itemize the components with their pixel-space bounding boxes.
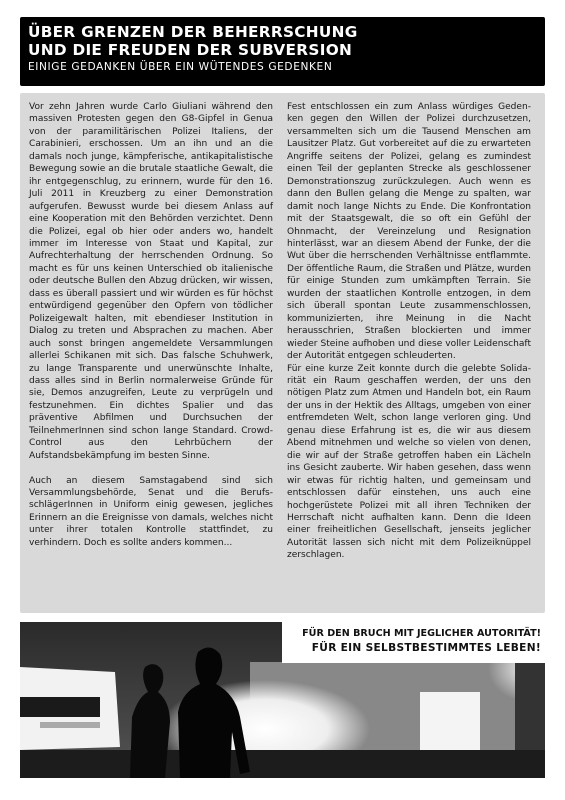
article-column-left: Vor zehn Jahren wurde Carlo Giuliani wäh… (29, 101, 273, 605)
paragraph: Für eine kurze Zeit konnte durch die gel… (287, 363, 531, 562)
article-body: Vor zehn Jahren wurde Carlo Giuliani wäh… (20, 93, 545, 613)
paragraph: Vor zehn Jahren wurde Carlo Giuliani wäh… (29, 101, 273, 462)
title-banner: ÜBER GRENZEN DER BEHERRSCHUNG UND DIE FR… (20, 17, 545, 86)
title-line-1: ÜBER GRENZEN DER BEHERRSCHUNG (28, 23, 537, 41)
paragraph: Auch an diesem Samstagabend sind sich Ve… (29, 475, 273, 550)
street-scene-photo: FÜR DEN BRUCH MIT JEGLICHER AUTORITÄT! F… (20, 622, 545, 778)
slogan-line-1: FÜR DEN BRUCH MIT JEGLICHER AUTORITÄT! (292, 627, 541, 641)
subtitle: EINIGE GEDANKEN ÜBER EIN WÜTENDES GEDENK… (28, 60, 537, 74)
paragraph: Fest entschlossen ein zum Anlass würdige… (287, 101, 531, 363)
article-column-right: Fest entschlossen ein zum Anlass würdige… (287, 101, 531, 605)
slogan-line-2: FÜR EIN SELBSTBESTIMMTES LEBEN! (292, 641, 541, 656)
slogan-box: FÜR DEN BRUCH MIT JEGLICHER AUTORITÄT! F… (282, 622, 545, 663)
title-line-2: UND DIE FREUDEN DER SUBVERSION (28, 41, 537, 59)
